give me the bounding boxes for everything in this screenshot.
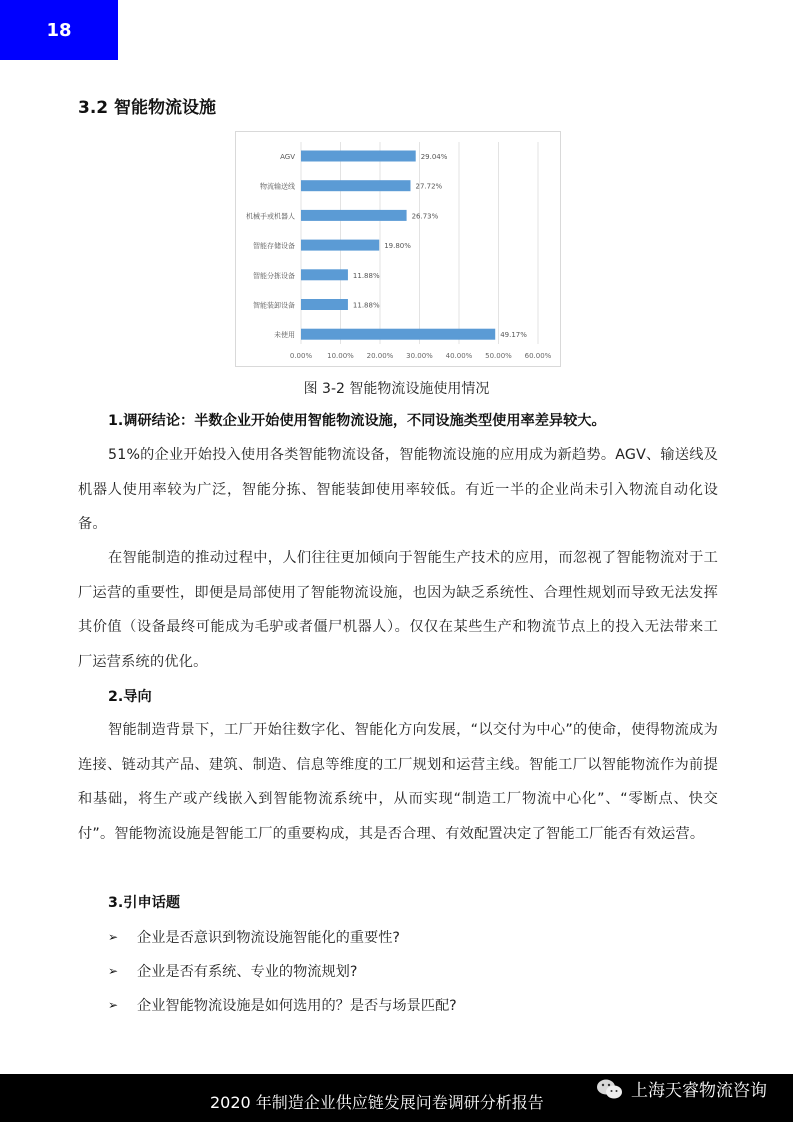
brand-name: 上海天睿物流咨询 — [631, 1076, 767, 1101]
bar — [301, 269, 348, 280]
arrow-bullet-icon: ➢ — [108, 964, 137, 978]
list-item: ➢ 企业是否有系统、专业的物流规划? — [108, 961, 357, 981]
paragraph-conclusion-2: 在智能制造的推动过程中，人们往往更加倾向于智能生产技术的应用，而忽视了智能物流对… — [78, 541, 718, 679]
bar — [301, 180, 410, 191]
x-tick-label: 20.00% — [367, 352, 394, 360]
bar — [301, 151, 416, 162]
value-label: 29.04% — [421, 153, 448, 161]
value-label: 19.80% — [384, 242, 411, 250]
category-label: 智能分拣设备 — [253, 271, 295, 280]
bar-chart: 0.00%10.00%20.00%30.00%40.00%50.00%60.00… — [235, 131, 561, 367]
value-label: 11.88% — [353, 272, 380, 280]
heading-orientation: 2.导向 — [108, 686, 152, 706]
report-title: 2020 年制造企业供应链发展问卷调研分析报告 — [210, 1090, 544, 1113]
arrow-bullet-icon: ➢ — [108, 930, 137, 944]
list-item-text: 企业是否意识到物流设施智能化的重要性? — [137, 927, 400, 947]
arrow-bullet-icon: ➢ — [108, 998, 137, 1012]
value-label: 11.88% — [353, 302, 380, 310]
page-number-badge: 18 — [0, 0, 118, 60]
page-number: 18 — [46, 20, 71, 41]
figure-caption: 图 3-2 智能物流设施使用情况 — [0, 378, 793, 398]
x-tick-label: 10.00% — [327, 352, 354, 360]
list-item: ➢ 企业智能物流设施是如何选用的？是否与场景匹配? — [108, 995, 457, 1015]
value-label: 26.73% — [412, 212, 439, 220]
category-label: 未使用 — [274, 330, 295, 339]
wechat-icon — [595, 1077, 625, 1101]
x-tick-label: 0.00% — [290, 352, 313, 360]
list-item-text: 企业是否有系统、专业的物流规划? — [137, 961, 357, 981]
category-label: 物流输送线 — [260, 182, 295, 191]
heading-research-conclusion: 1.调研结论：半数企业开始使用智能物流设施，不同设施类型使用率差异较大。 — [108, 410, 606, 430]
heading-extended-topics: 3.引申话题 — [108, 892, 180, 912]
bar — [301, 240, 379, 251]
brand-watermark: 上海天睿物流咨询 — [595, 1076, 767, 1101]
bar — [301, 210, 407, 221]
footer-bar: 2020 年制造企业供应链发展问卷调研分析报告 上海天睿物流咨询 — [0, 1074, 793, 1122]
category-label: AGV — [280, 153, 295, 161]
category-label: 智能装卸设备 — [253, 301, 295, 310]
bar — [301, 329, 495, 340]
value-label: 27.72% — [415, 183, 442, 191]
list-item-text: 企业智能物流设施是如何选用的？是否与场景匹配? — [137, 995, 457, 1015]
list-item: ➢ 企业是否意识到物流设施智能化的重要性? — [108, 927, 400, 947]
bar — [301, 299, 348, 310]
paragraph-orientation: 智能制造背景下，工厂开始往数字化、智能化方向发展，“以交付为中心”的使命，使得物… — [78, 713, 718, 851]
paragraph-conclusion-1: 51%的企业开始投入使用各类智能物流设备，智能物流设施的应用成为新趋势。AGV、… — [78, 438, 718, 542]
x-tick-label: 40.00% — [446, 352, 473, 360]
category-label: 智能存储设备 — [253, 241, 295, 250]
section-title: 3.2 智能物流设施 — [78, 93, 216, 118]
x-tick-label: 50.00% — [485, 352, 512, 360]
x-tick-label: 30.00% — [406, 352, 433, 360]
value-label: 49.17% — [500, 331, 527, 339]
x-tick-label: 60.00% — [525, 352, 552, 360]
category-label: 机械手或机器人 — [246, 211, 295, 220]
bar-chart-canvas: 0.00%10.00%20.00%30.00%40.00%50.00%60.00… — [236, 132, 562, 368]
